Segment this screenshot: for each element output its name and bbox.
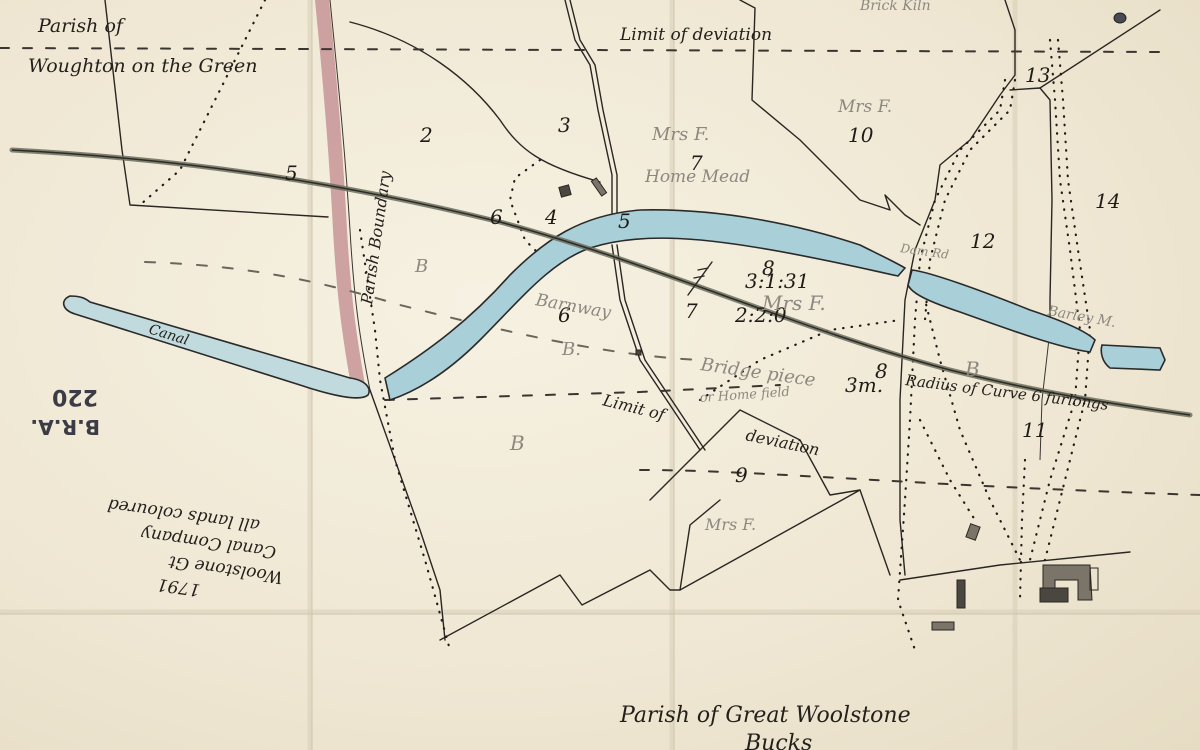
parish-label-south: Parish of Great Woolstone (619, 703, 911, 728)
canal-west-segment (64, 296, 369, 398)
parish-label-woughton: Woughton on the Green (28, 55, 258, 77)
canal-central-segment (385, 210, 905, 400)
parish-boundary (322, 0, 370, 390)
farmhouse-wing-icon (1040, 588, 1068, 602)
parcel-4: 4 (544, 205, 558, 229)
parcel-13: 13 (1025, 63, 1050, 87)
limit-deviation-label-bottom-2: deviation (744, 425, 821, 459)
parcel-12: 12 (970, 229, 995, 253)
note-b-left: B (414, 256, 428, 277)
shed-icon (932, 622, 954, 630)
small-building-icon (559, 185, 571, 197)
note-mrs-f-9: Mrs F. (704, 515, 756, 534)
note-b-mid: B. (561, 339, 581, 360)
inverted-note-year: 1791 (156, 574, 202, 600)
note-b-lower: B (509, 431, 525, 455)
limit-deviation-label-top: Limit of deviation (619, 25, 772, 45)
parcel-5-left: 5 (285, 161, 298, 185)
parcel-6-north: 6 (490, 205, 503, 229)
archive-stamp: 220 B.R.A. (30, 384, 100, 439)
limit-deviation-label-bottom-1: Limit of (600, 390, 670, 425)
parcel-7-south: 7 (685, 299, 698, 323)
note-top-faint: Brick Kiln (859, 0, 931, 14)
outbuilding-icon (966, 524, 980, 541)
limit-of-deviation-lines (0, 48, 1200, 495)
parcel-3: 3 (558, 113, 571, 137)
stamp-archive: B.R.A. (30, 415, 100, 439)
inverted-note: all lands coloured Canal Company Woolsto… (96, 494, 291, 611)
paper-folds (0, 0, 1200, 750)
parcel-10: 10 (848, 123, 874, 147)
note-mrs-f-10: Mrs F. (837, 97, 892, 117)
note-mrs-f-top: Mrs F. (651, 124, 709, 145)
compass-mark-icon (1114, 13, 1126, 23)
parcel-14: 14 (1095, 189, 1120, 213)
parish-label-of: Parish of (37, 15, 126, 37)
stamp-code: 220 (52, 384, 98, 409)
note-dam-road: Dam Rd (899, 241, 950, 262)
parcel-11: 11 (1022, 418, 1047, 442)
railway-mileage-point: 8 (875, 359, 888, 383)
marker-icon (636, 350, 641, 355)
estate-map: Parish of Woughton on the Green Parish o… (0, 0, 1200, 750)
parcel-2: 2 (419, 123, 433, 147)
parcel-8-area: 3:1:31 (745, 269, 809, 293)
railway-radius-label: Radius of Curve 6 furlongs (904, 371, 1110, 414)
barn-icon (957, 580, 965, 608)
parcel-5-canal: 5 (618, 209, 631, 233)
note-b-right: B (964, 357, 980, 381)
small-structure-icon (591, 178, 606, 196)
map-canvas: Parish of Woughton on the Green Parish o… (0, 0, 1200, 750)
note-barnway: Barnway (533, 290, 613, 323)
note-mrs-f-8: Mrs F. (761, 291, 826, 315)
parcel-9: 9 (735, 463, 748, 487)
canal-east-stub (1101, 345, 1165, 370)
note-home-mead: Home Mead (644, 167, 750, 187)
county-label: Bucks (744, 731, 812, 750)
canal (64, 210, 1165, 400)
footpaths (140, 0, 1090, 650)
